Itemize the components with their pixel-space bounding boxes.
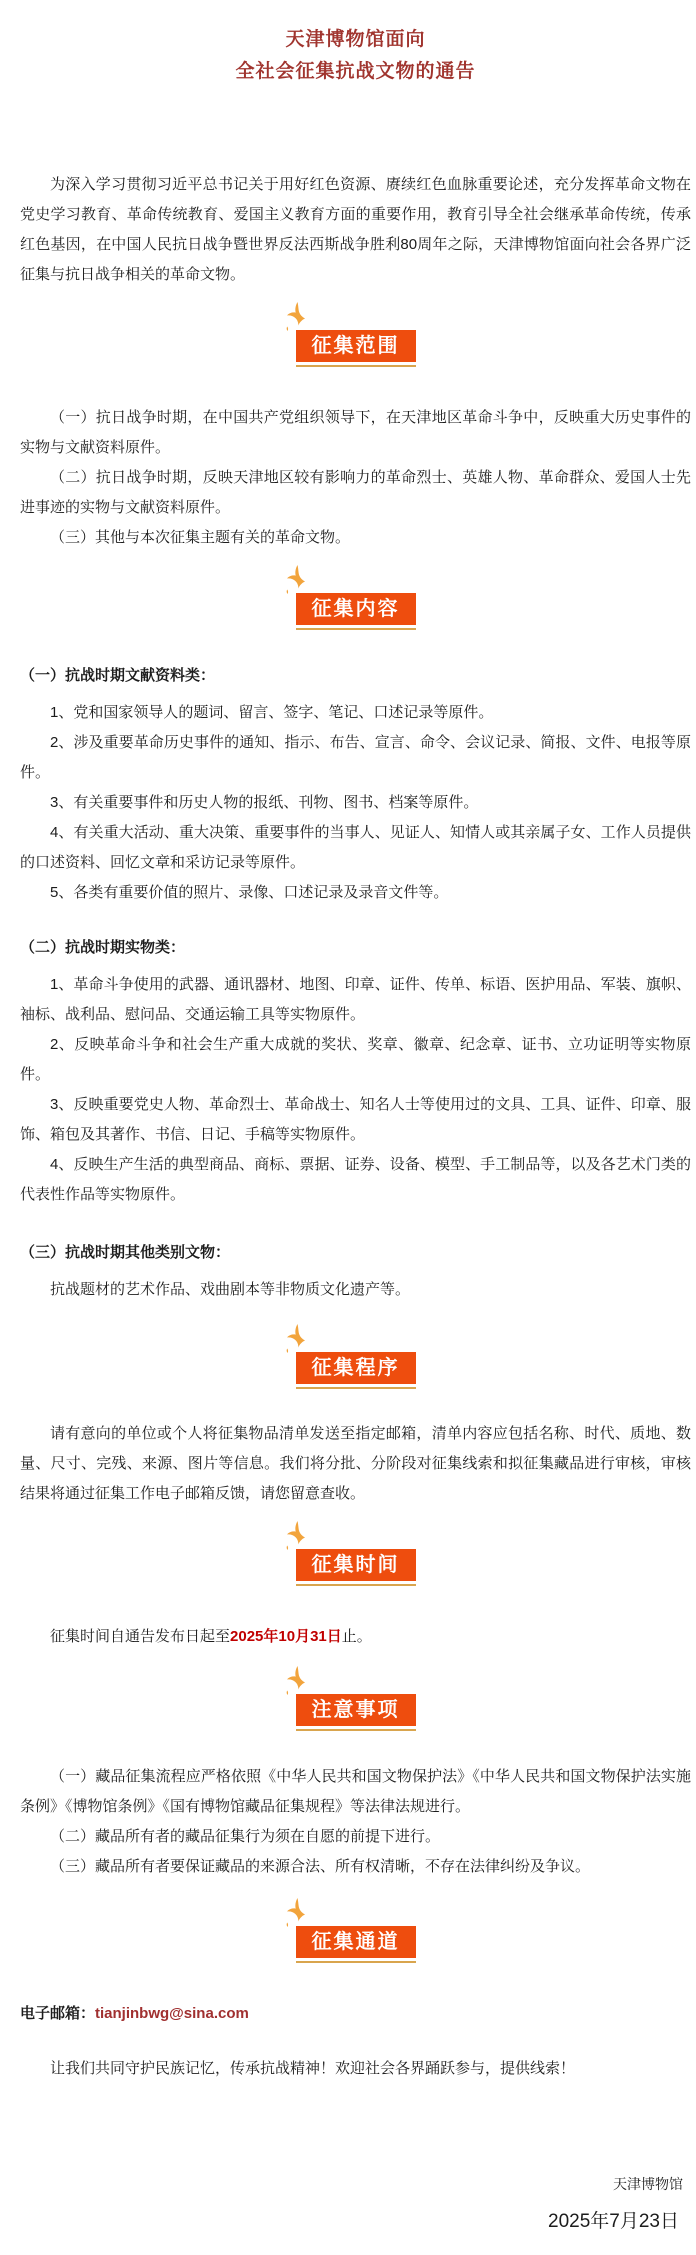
notice-document: 天津博物馆面向 全社会征集抗战文物的通告 为深入学习贯彻习近平总书记关于用好红色… <box>0 0 696 2255</box>
title-line-1: 天津博物馆面向 <box>20 24 691 56</box>
dove-icon <box>284 565 308 595</box>
section-title-notes: 注意事项 <box>296 1694 416 1726</box>
time-suffix: 止。 <box>342 1628 372 1645</box>
procedure-paragraph: 请有意向的单位或个人将征集物品清单发送至指定邮箱，清单内容应包括名称、时代、质地… <box>20 1419 691 1509</box>
dove-icon <box>284 1521 308 1551</box>
content-item: 5、各类有重要价值的照片、录像、口述记录及录音文件等。 <box>20 878 691 908</box>
scope-item: （二）抗日战争时期，反映天津地区较有影响力的革命烈士、英雄人物、革命群众、爱国人… <box>20 463 691 523</box>
badge-underline <box>296 1729 416 1731</box>
content-item: 2、反映革命斗争和社会生产重大成就的奖状、奖章、徽章、纪念章、证书、立功证明等实… <box>20 1030 691 1090</box>
dove-icon <box>284 1324 308 1354</box>
badge-underline <box>296 1387 416 1389</box>
content-item: 1、党和国家领导人的题词、留言、签字、笔记、口述记录等原件。 <box>20 698 691 728</box>
badge-underline <box>296 1584 416 1586</box>
content-item: 3、有关重要事件和历史人物的报纸、刊物、图书、档案等原件。 <box>20 788 691 818</box>
section-title-procedure: 征集程序 <box>296 1352 416 1384</box>
content-item: 3、反映重要党史人物、革命烈士、革命战士、知名人士等使用过的文具、工具、证件、印… <box>20 1090 691 1150</box>
section-title-time: 征集时间 <box>296 1549 416 1581</box>
time-prefix: 征集时间自通告发布日起至 <box>50 1628 230 1645</box>
section-badge-content: 征集内容 <box>296 593 416 630</box>
section-title-scope: 征集范围 <box>296 330 416 362</box>
closing-paragraph: 让我们共同守护民族记忆，传承抗战精神！欢迎社会各界踊跃参与，提供线索！ <box>20 2054 691 2084</box>
section-badge-procedure: 征集程序 <box>296 1352 416 1389</box>
section-title-channel: 征集通道 <box>296 1926 416 1958</box>
scope-item: （一）抗日战争时期，在中国共产党组织领导下，在天津地区革命斗争中，反映重大历史事… <box>20 403 691 463</box>
section-badge-notes: 注意事项 <box>296 1694 416 1731</box>
signature-date: 2025年7月23日 <box>20 2207 679 2237</box>
notes-item: （一）藏品征集流程应严格依照《中华人民共和国文物保护法》《中华人民共和国文物保护… <box>20 1762 691 1822</box>
dove-icon <box>284 302 308 332</box>
section-badge-time: 征集时间 <box>296 1549 416 1586</box>
content-item: 2、涉及重要革命历史事件的通知、指示、布告、宣言、命令、会议记录、简报、文件、电… <box>20 728 691 788</box>
page-title: 天津博物馆面向 全社会征集抗战文物的通告 <box>20 24 691 88</box>
content-group-heading: （一）抗战时期文献资料类： <box>20 661 691 691</box>
badge-underline <box>296 628 416 630</box>
badge-underline <box>296 1961 416 1963</box>
notes-item: （二）藏品所有者的藏品征集行为须在自愿的前提下进行。 <box>20 1822 691 1852</box>
email-line: 电子邮箱：tianjinbwg@sina.com <box>20 1999 691 2029</box>
email-address: tianjinbwg@sina.com <box>95 2005 249 2022</box>
section-title-content: 征集内容 <box>296 593 416 625</box>
content-item: 4、有关重大活动、重大决策、重要事件的当事人、见证人、知情人或其亲属子女、工作人… <box>20 818 691 878</box>
content-item: 抗战题材的艺术作品、戏曲剧本等非物质文化遗产等。 <box>20 1275 691 1305</box>
intro-paragraph: 为深入学习贯彻习近平总书记关于用好红色资源、赓续红色血脉重要论述，充分发挥革命文… <box>20 170 691 290</box>
time-paragraph: 征集时间自通告发布日起至2025年10月31日止。 <box>20 1622 691 1652</box>
section-badge-scope: 征集范围 <box>296 330 416 367</box>
signature-org: 天津博物馆 <box>20 2169 683 2199</box>
content-item: 4、反映生产生活的典型商品、商标、票据、证券、设备、模型、手工制品等，以及各艺术… <box>20 1150 691 1210</box>
section-badge-channel: 征集通道 <box>296 1926 416 1963</box>
dove-icon <box>284 1666 308 1696</box>
dove-icon <box>284 1898 308 1928</box>
deadline-text: 2025年10月31日 <box>230 1628 342 1645</box>
scope-item: （三）其他与本次征集主题有关的革命文物。 <box>20 523 691 553</box>
badge-underline <box>296 365 416 367</box>
content-item: 1、革命斗争使用的武器、通讯器材、地图、印章、证件、传单、标语、医护用品、军装、… <box>20 970 691 1030</box>
email-label: 电子邮箱： <box>20 2005 95 2022</box>
content-group-heading: （三）抗战时期其他类别文物： <box>20 1238 691 1268</box>
title-line-2: 全社会征集抗战文物的通告 <box>20 56 691 88</box>
notes-item: （三）藏品所有者要保证藏品的来源合法、所有权清晰，不存在法律纠纷及争议。 <box>20 1852 691 1882</box>
content-group-heading: （二）抗战时期实物类： <box>20 933 691 963</box>
